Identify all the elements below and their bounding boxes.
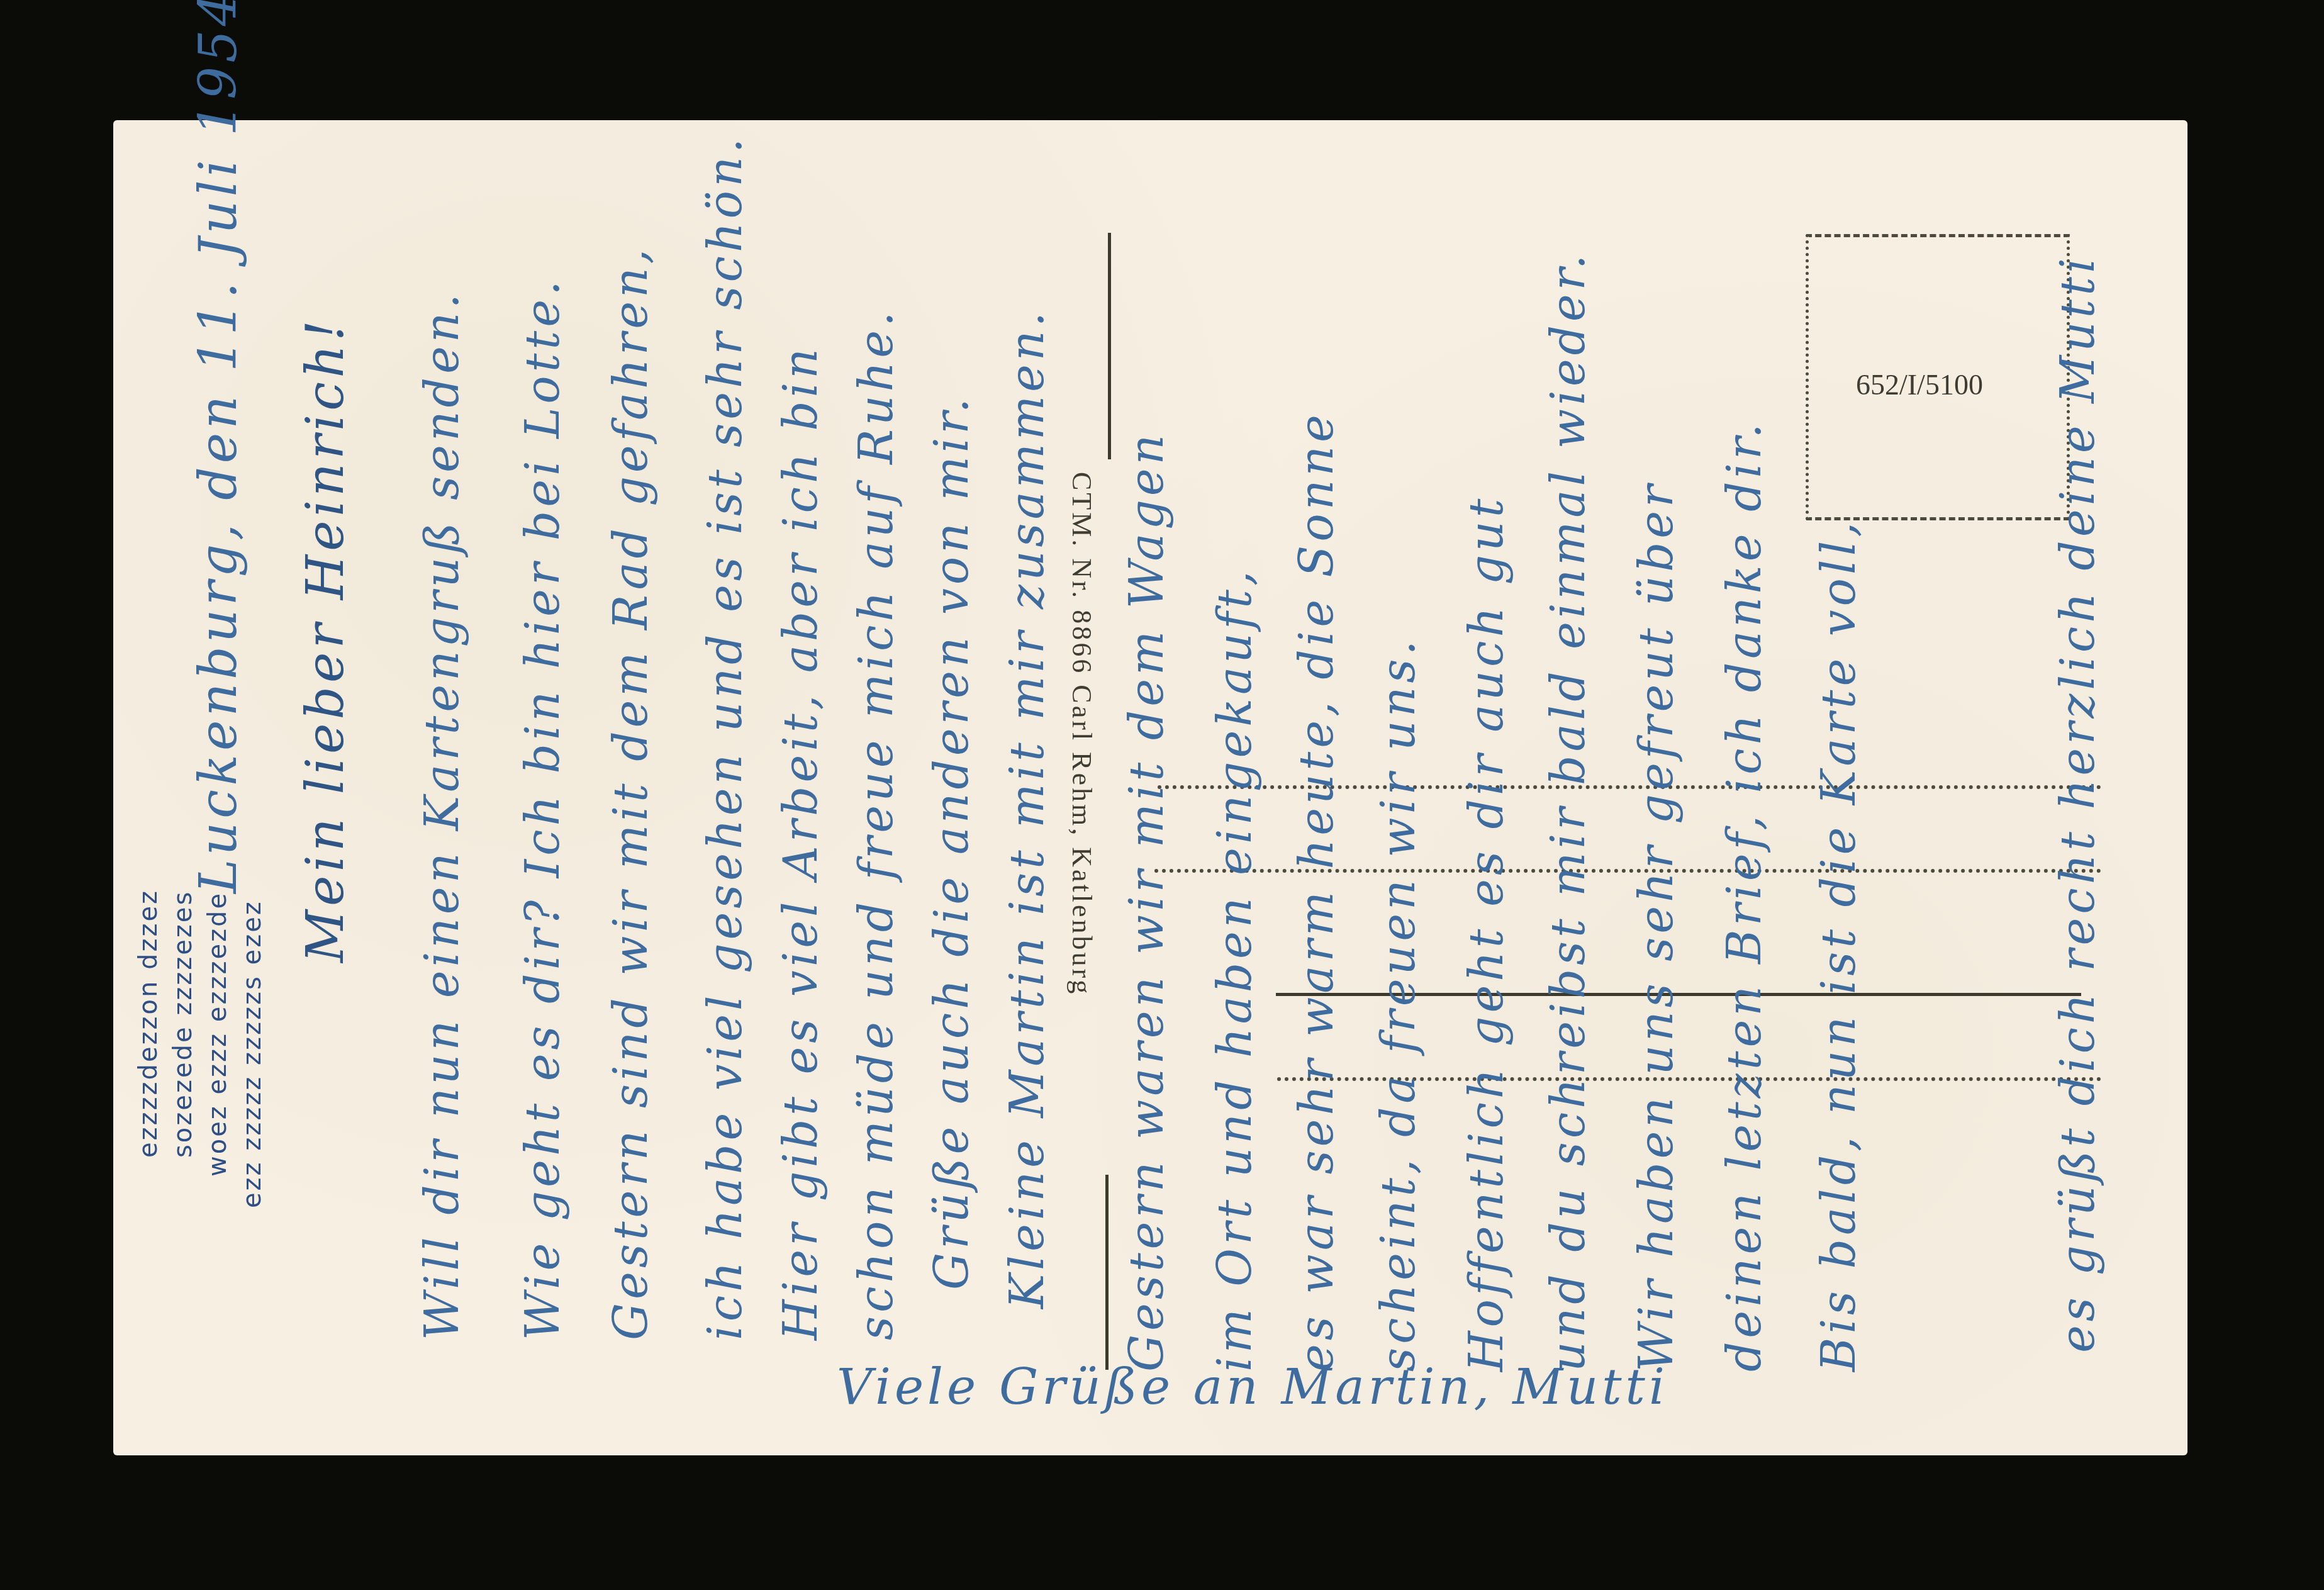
- handwritten-date: Luckenburg, den 11. Juli 1954: [189, 0, 249, 893]
- center-divider-bottom: [1105, 1175, 1109, 1370]
- handwritten-line: und du schreibst mir bald einmal wieder.: [1541, 251, 1595, 1372]
- handwritten-line: Wir haben uns sehr gefreut über: [1629, 481, 1684, 1372]
- handwritten-line: es war sehr warm heute, die Sonne: [1290, 411, 1344, 1372]
- handwritten-line: schon müde und freue mich auf Ruhe.: [849, 308, 903, 1340]
- child-scribble-line: ezzzzdezzon dzzez: [134, 889, 163, 1158]
- handwritten-line: deinen letzten Brief, ich danke dir.: [1718, 420, 1772, 1372]
- handwritten-line: Will dir nun einen Kartengruß senden.: [415, 290, 469, 1340]
- handwritten-line: Gestern waren wir mit dem Wagen: [1120, 431, 1174, 1372]
- child-scribble-line: ezz zzzzz zzzzzs ezez: [238, 900, 267, 1208]
- handwritten-line: es grüßt dich recht herzlich deine Mutti: [2051, 254, 2105, 1353]
- child-scribble-line: woez ezzz ezzzezde: [203, 892, 232, 1177]
- handwritten-line: Hier gibt es viel Arbeit, aber ich bin: [774, 345, 828, 1340]
- handwritten-line: im Ort und haben eingekauft,: [1208, 567, 1262, 1372]
- publisher-imprint: CTM. Nr. 8866 Carl Rehm, Katlenburg: [1060, 472, 1098, 1227]
- handwritten-line: Hoffentlich geht es dir auch gut: [1460, 495, 1514, 1372]
- handwritten-line: Kleine Martin ist mit mir zusammen.: [1000, 308, 1054, 1309]
- handwritten-line: scheint, da freuen wir uns.: [1371, 637, 1426, 1372]
- handwritten-line: Grüße auch die anderen von mir.: [925, 395, 979, 1290]
- handwritten-closing: Viele Grüße an Martin, Mutti: [837, 1359, 1668, 1416]
- stamp-box-code: 652/I/5100: [1856, 368, 1983, 401]
- handwritten-line: Gestern sind wir mit dem Rad gefahren,: [604, 245, 658, 1340]
- child-scribble-line: sozezede zzzzezes: [169, 890, 198, 1158]
- handwritten-salutation: Mein lieber Heinrich!: [296, 316, 355, 963]
- center-divider-top: [1108, 233, 1111, 459]
- handwritten-line: Wie geht es dir? Ich bin hier bei Lotte.: [516, 277, 570, 1340]
- handwritten-line: ich habe viel gesehen und es ist sehr sc…: [698, 135, 752, 1340]
- handwritten-line: Bis bald, nun ist die Karte voll,: [1812, 518, 1866, 1372]
